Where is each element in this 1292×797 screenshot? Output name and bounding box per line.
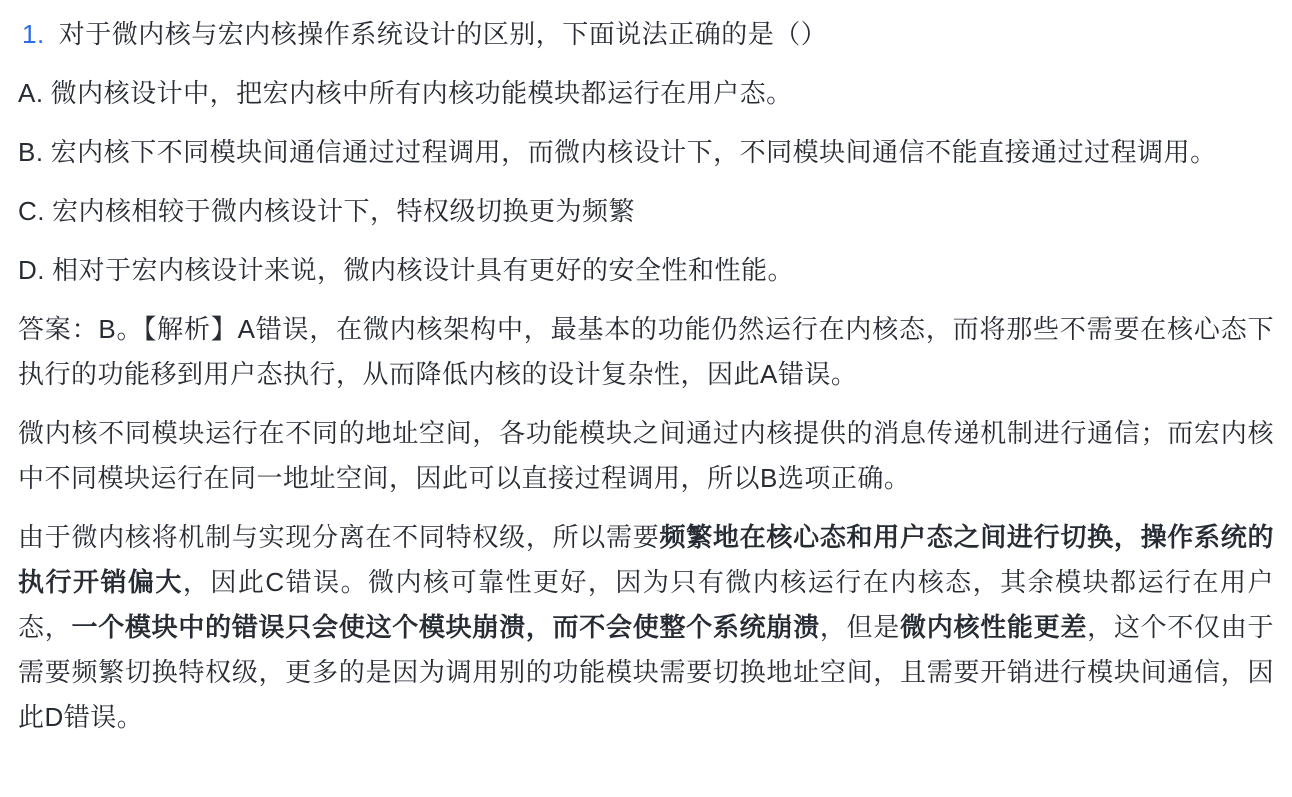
option-c-text: 宏内核相较于微内核设计下，特权级切换更为频繁 [52,196,635,226]
option-a-label: A. [18,78,44,108]
explanation-bold-text: 微内核性能更差 [900,612,1087,642]
question-number: 1. [22,19,45,49]
option-a-text: 微内核设计中，把宏内核中所有内核功能模块都运行在用户态。 [51,78,793,108]
explanation-bold-text: 一个模块中的错误只会使这个模块崩溃，而不会使整个系统崩溃 [71,612,819,642]
answer-paragraph-1: 答案：B。【解析】A错误，在微内核架构中，最基本的功能仍然运行在内核态，而将那些… [18,307,1274,397]
option-b: B.宏内核下不同模块间通信通过过程调用，而微内核设计下，不同模块间通信不能直接通… [18,130,1274,175]
question-text: 对于微内核与宏内核操作系统设计的区别，下面说法正确的是（） [59,19,828,49]
answer-paragraph-3: 由于微内核将机制与实现分离在不同特权级，所以需要频繁地在核心态和用户态之间进行切… [18,515,1274,740]
option-d-label: D. [18,255,45,285]
question-line: 1.对于微内核与宏内核操作系统设计的区别，下面说法正确的是（） [18,12,1274,57]
option-c-label: C. [18,196,45,226]
answer-paragraph-2: 微内核不同模块运行在不同的地址空间，各功能模块之间通过内核提供的消息传递机制进行… [18,411,1274,501]
explanation-regular-text: 由于微内核将机制与实现分离在不同特权级，所以需要 [18,522,659,552]
option-b-label: B. [18,137,44,167]
option-d-text: 相对于宏内核设计来说，微内核设计具有更好的安全性和性能。 [52,255,794,285]
option-a: A.微内核设计中，把宏内核中所有内核功能模块都运行在用户态。 [18,71,1274,116]
explanation-regular-text: ，但是 [820,612,900,642]
option-c: C.宏内核相较于微内核设计下，特权级切换更为频繁 [18,189,1274,234]
question-document: 1.对于微内核与宏内核操作系统设计的区别，下面说法正确的是（） A.微内核设计中… [0,0,1292,797]
option-b-text: 宏内核下不同模块间通信通过过程调用，而微内核设计下，不同模块间通信不能直接通过过… [51,137,1217,167]
option-d: D.相对于宏内核设计来说，微内核设计具有更好的安全性和性能。 [18,248,1274,293]
